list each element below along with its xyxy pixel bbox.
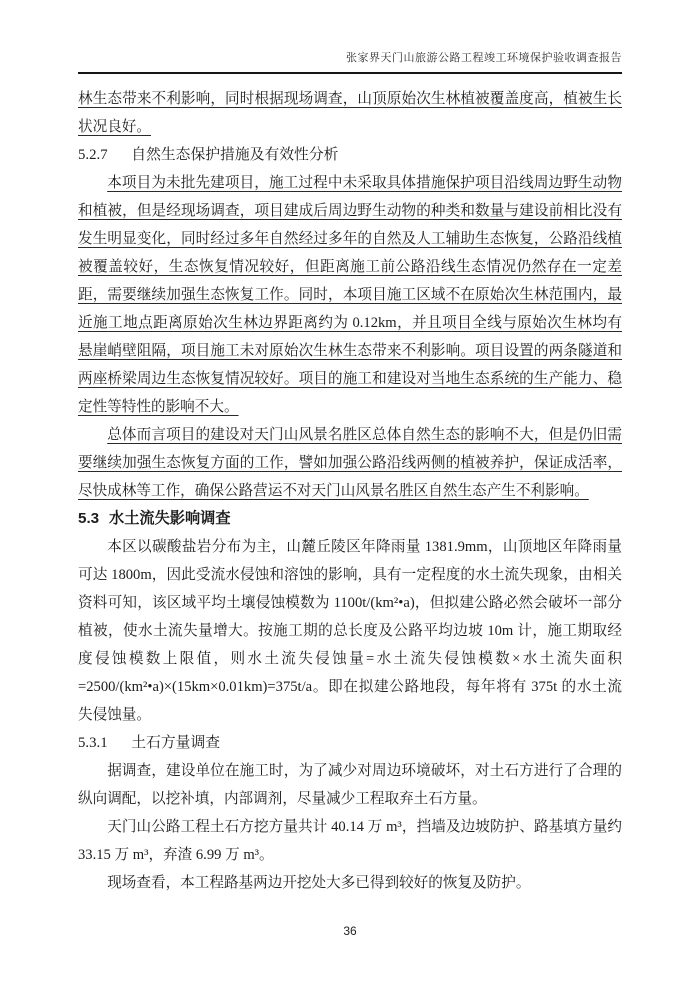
paragraph-9: 现场查看，本工程路基两边开挖处大多已得到较好的恢复及防护。 bbox=[78, 869, 622, 897]
heading-number: 5.3 bbox=[78, 510, 99, 527]
paragraph-7: 据调查，建设单位在施工时，为了减少对周边环境破坏，对土石方进行了合理的纵向调配，… bbox=[78, 757, 622, 813]
document-body: 林生态带来不利影响，同时根据现场调查，山顶原始次生林植被覆盖度高，植被生长状况良… bbox=[78, 85, 622, 897]
document-page: 张家界天门山旅游公路工程竣工环境保护验收调查报告 林生态带来不利影响，同时根据现… bbox=[0, 0, 700, 990]
page-content-area: 张家界天门山旅游公路工程竣工环境保护验收调查报告 林生态带来不利影响，同时根据现… bbox=[78, 50, 622, 897]
header-rule bbox=[78, 72, 622, 74]
heading-title: 自然生态保护措施及有效性分析 bbox=[131, 147, 338, 163]
paragraph-3: 总体而言项目的建设对天门山风景名胜区总体自然生态的影响不大，但是仍旧需要继续加强… bbox=[78, 421, 622, 505]
heading-title: 土石方量调查 bbox=[131, 735, 220, 751]
section-heading-5.3.1: 5.3.1土石方量调查 bbox=[78, 729, 622, 757]
paragraph-5: 本区以碳酸盐岩分布为主，山麓丘陵区年降雨量 1381.9mm，山顶地区年降雨量可… bbox=[78, 533, 622, 729]
heading-number: 5.2.7 bbox=[78, 147, 108, 163]
heading-title: 水土流失影响调查 bbox=[109, 510, 231, 527]
page-number: 36 bbox=[0, 924, 700, 938]
section-heading-5.3: 5.3水土流失影响调查 bbox=[78, 505, 622, 533]
section-heading-5.2.7: 5.2.7自然生态保护措施及有效性分析 bbox=[78, 141, 622, 169]
paragraph-0: 林生态带来不利影响，同时根据现场调查，山顶原始次生林植被覆盖度高，植被生长状况良… bbox=[78, 85, 622, 141]
paragraph-8: 天门山公路工程土石方挖方量共计 40.14 万 m³，挡墙及边坡防护、路基填方量… bbox=[78, 813, 622, 869]
running-header: 张家界天门山旅游公路工程竣工环境保护验收调查报告 bbox=[78, 50, 622, 66]
heading-number: 5.3.1 bbox=[78, 735, 108, 751]
paragraph-2: 本项目为未批先建项目，施工过程中未采取具体措施保护项目沿线周边野生动物和植被，但… bbox=[78, 169, 622, 421]
